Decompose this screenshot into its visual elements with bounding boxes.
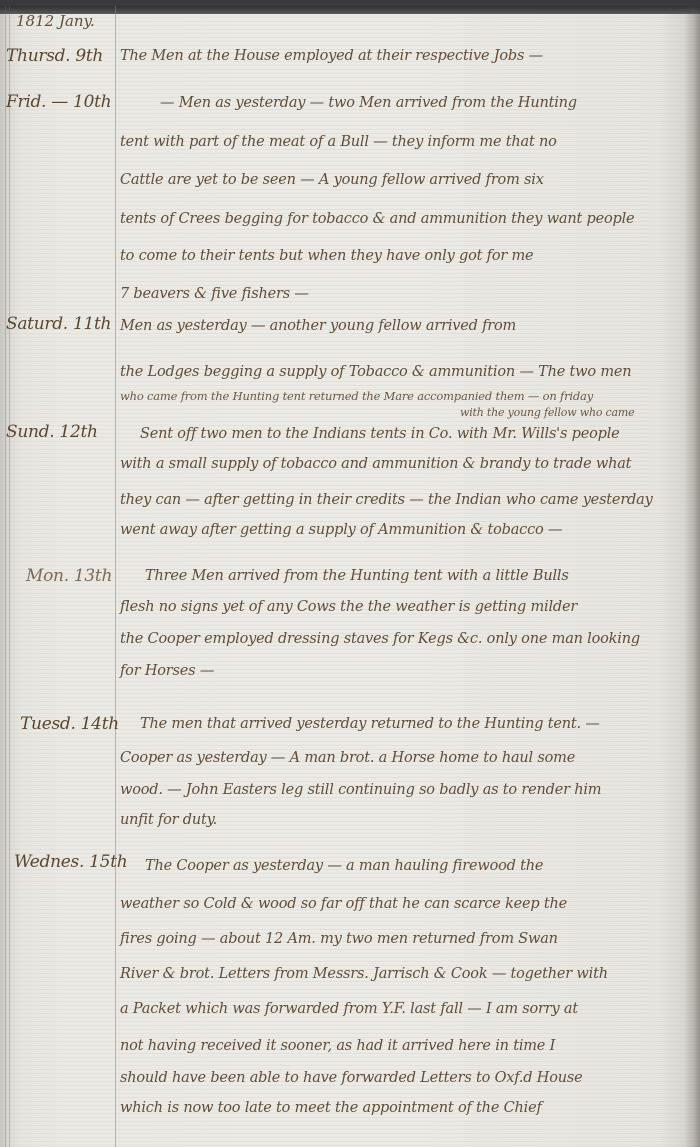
entry-line: The Cooper as yesterday — a man hauling … xyxy=(145,858,685,874)
entry-line: they can — after getting in their credit… xyxy=(120,492,660,508)
entry-line: Three Men arrived from the Hunting tent … xyxy=(145,568,685,584)
entry-line: tents of Crees begging for tobacco & and… xyxy=(120,211,660,227)
entry-line: not having received it sooner, as had it… xyxy=(120,1038,660,1054)
entry-line: The men that arrived yesterday returned … xyxy=(140,716,680,732)
entry-line: to come to their tents but when they hav… xyxy=(120,248,660,264)
entry-line: — Men as yesterday — two Men arrived fro… xyxy=(160,95,700,111)
entry-line: which is now too late to meet the appoin… xyxy=(120,1100,660,1116)
entry-date: Sund. 12th xyxy=(6,422,114,442)
entry-line: River & brot. Letters from Messrs. Jarri… xyxy=(120,966,660,982)
page-curl-shadow xyxy=(684,6,700,1147)
entry-line: fires going — about 12 Am. my two men re… xyxy=(120,931,660,947)
interlinear-insertion: with the young fellow who came xyxy=(460,406,700,419)
entry-line: wood. — John Easters leg still continuin… xyxy=(120,782,660,798)
entry-line: The Men at the House employed at their r… xyxy=(120,48,660,64)
entry-line: flesh no signs yet of any Cows the the w… xyxy=(120,599,660,615)
entry-line: Men as yesterday — another young fellow … xyxy=(120,318,660,334)
gutter-line xyxy=(9,6,10,1147)
entry-date: Mon. 13th xyxy=(26,566,134,586)
entry-line: should have been able to have forwarded … xyxy=(120,1070,660,1086)
entry-date: Tuesd. 14th xyxy=(20,714,128,734)
entry-line: went away after getting a supply of Ammu… xyxy=(120,522,660,538)
entry-line: the Cooper employed dressing staves for … xyxy=(120,631,660,647)
entry-date: Frid. — 10th xyxy=(6,92,114,112)
entry-date: Saturd. 11th xyxy=(6,314,114,334)
entry-line: 7 beavers & five fishers — xyxy=(120,286,660,302)
entry-line: tent with part of the meat of a Bull — t… xyxy=(120,134,660,150)
entry-line: Cooper as yesterday — A man brot. a Hors… xyxy=(120,750,660,766)
entry-line: who came from the Hunting tent returned … xyxy=(120,389,660,403)
journal-page: 1812 Jany. Thursd. 9th The Men at the Ho… xyxy=(0,6,700,1147)
entry-line: the Lodges begging a supply of Tobacco &… xyxy=(120,364,660,380)
page-top-edge xyxy=(0,6,700,14)
entry-date: Thursd. 9th xyxy=(6,46,114,66)
year-month-header: 1812 Jany. xyxy=(16,12,95,30)
entry-date: Wednes. 15th xyxy=(14,852,122,872)
entry-line: with a small supply of tobacco and ammun… xyxy=(120,456,660,472)
entry-line: Cattle are yet to be seen — A young fell… xyxy=(120,172,660,188)
entry-line: Sent off two men to the Indians tents in… xyxy=(140,426,680,442)
entry-line: unfit for duty. xyxy=(120,812,660,828)
entry-line: a Packet which was forwarded from Y.F. l… xyxy=(120,1001,660,1017)
entry-line: weather so Cold & wood so far off that h… xyxy=(120,896,660,912)
gutter-line xyxy=(5,6,6,1147)
entry-line: for Horses — xyxy=(120,663,660,679)
